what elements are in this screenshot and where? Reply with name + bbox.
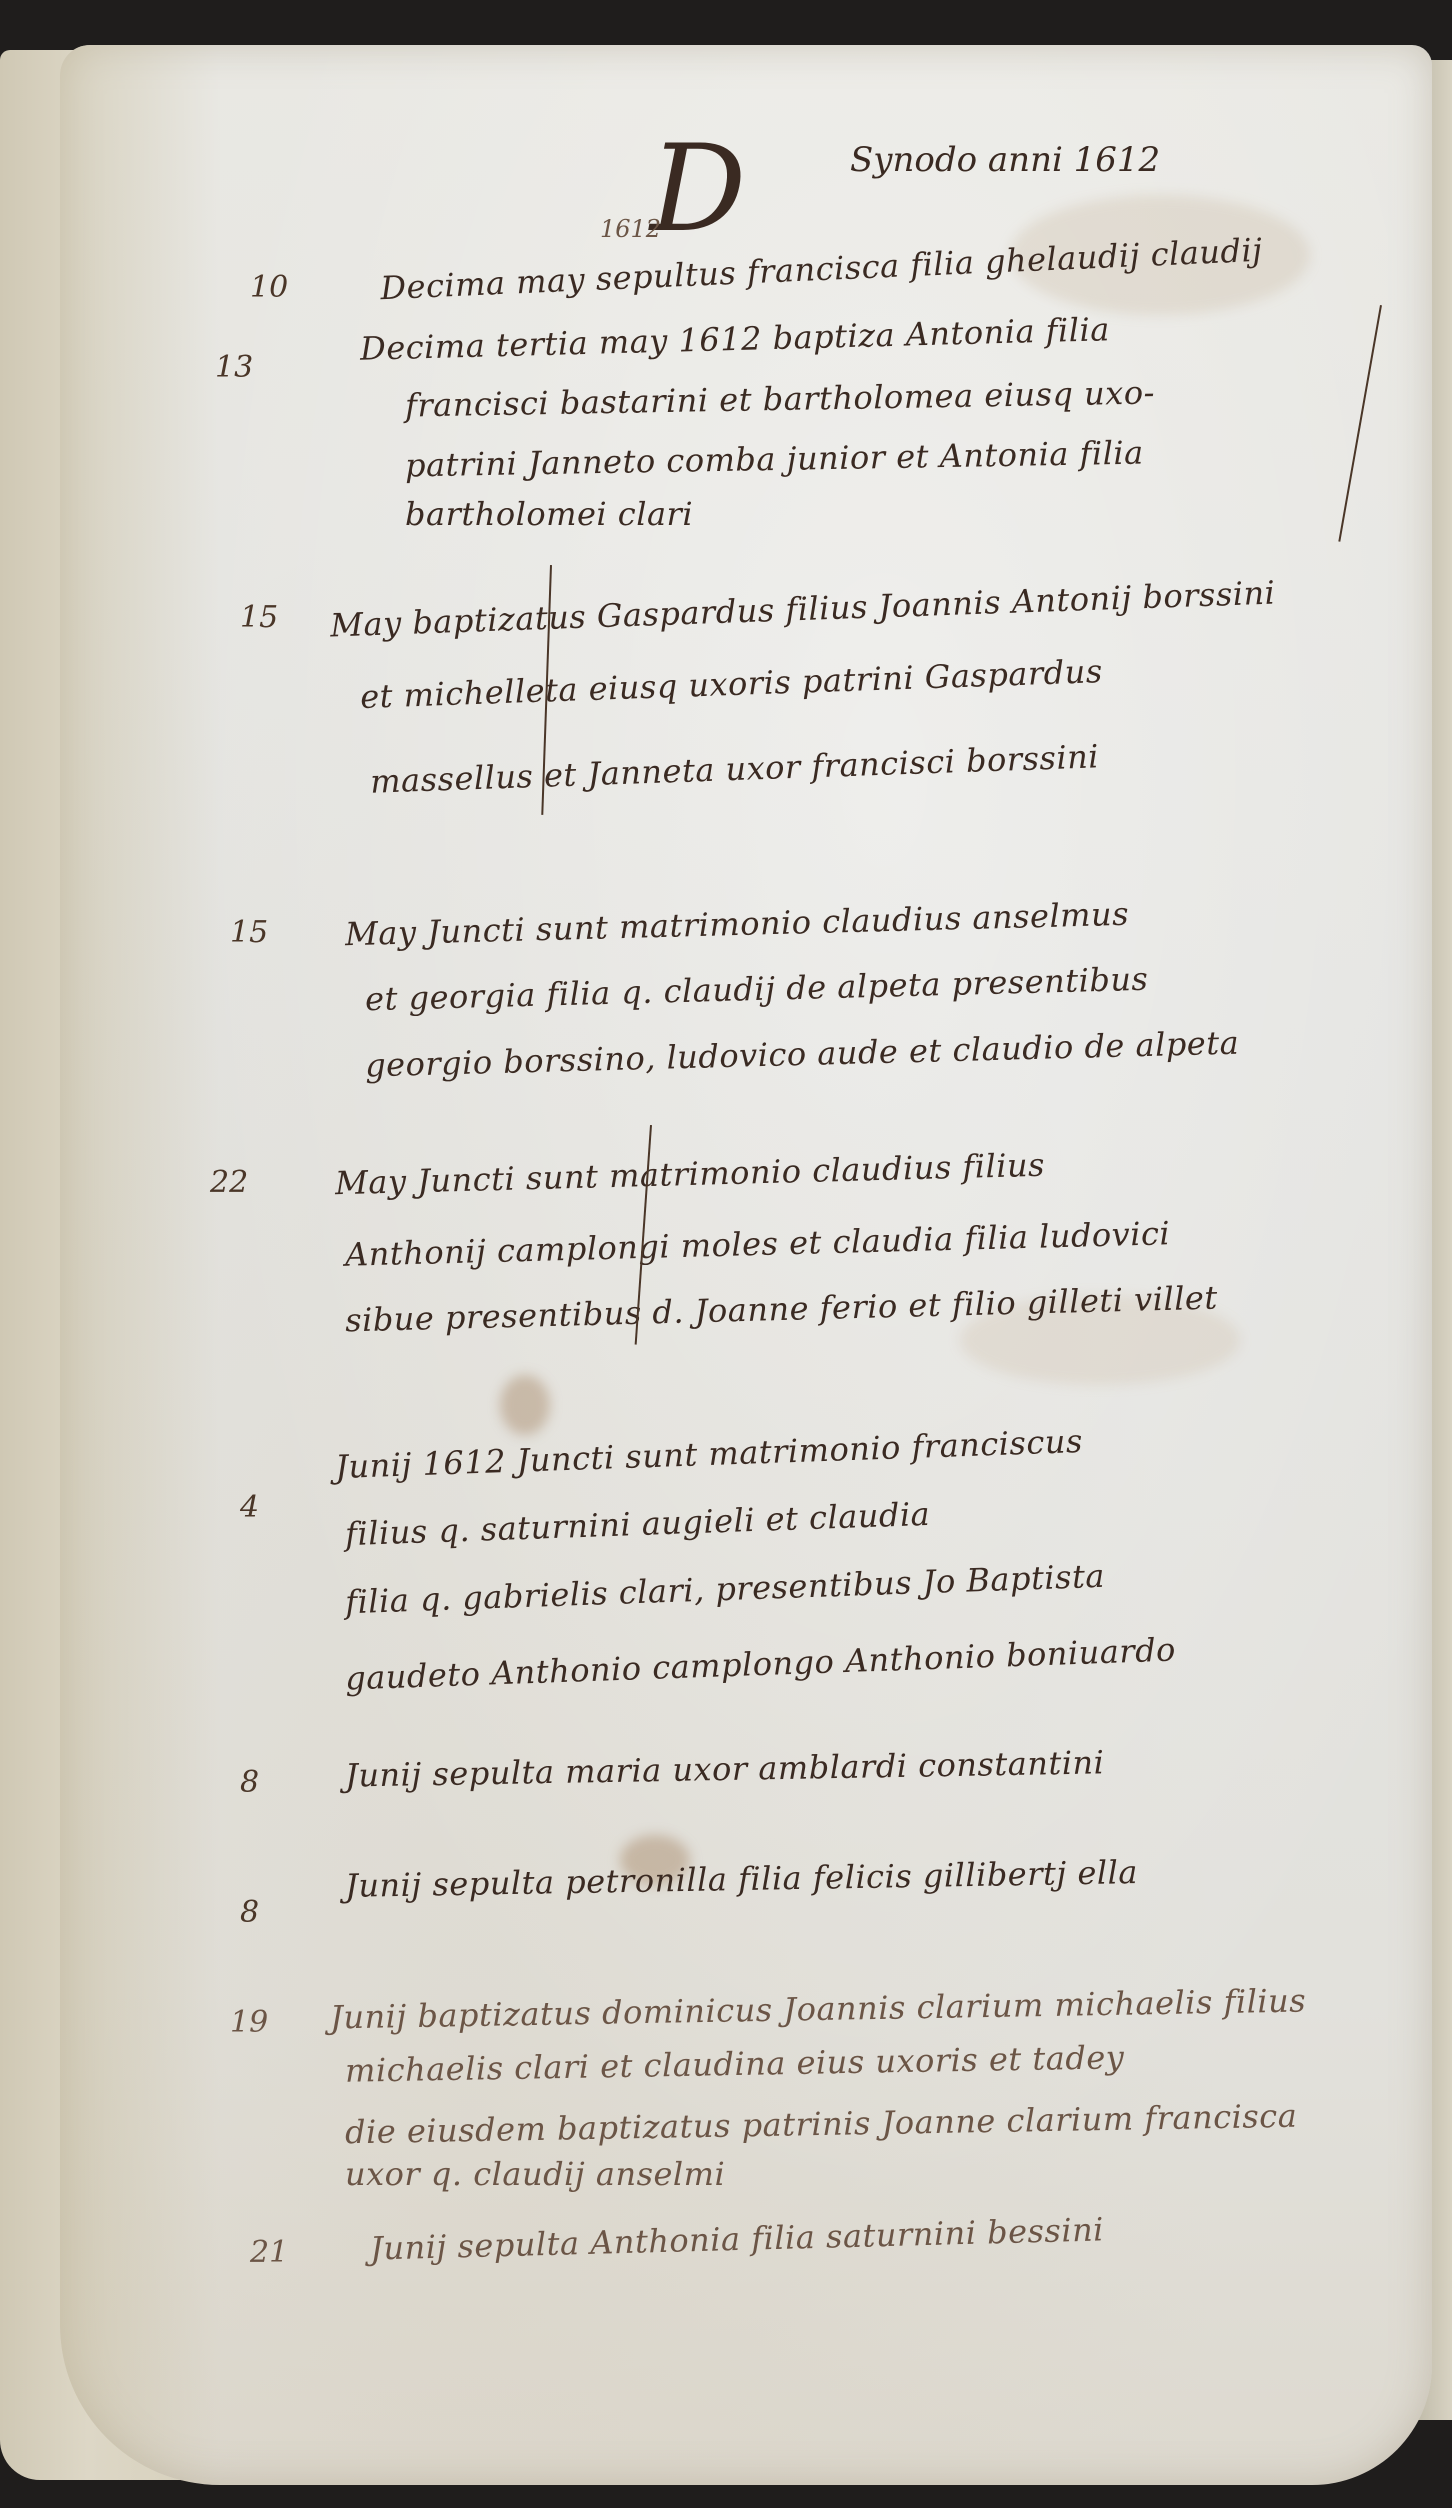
entry-line: die eiusdem baptizatus patrinis Joanne c… — [345, 2097, 1298, 2152]
heading-year-note: 1612 — [600, 215, 661, 243]
margin-day-number: 22 — [210, 1165, 248, 1200]
entry-line: Junij sepulta Anthonia filia saturnini b… — [370, 2210, 1105, 2267]
entry-line: georgio borssino, ludovico aude et claud… — [365, 1024, 1240, 1085]
page-fold-shadow — [60, 45, 220, 2485]
entry-line: filia q. gabrielis clari, presentibus Jo… — [345, 1557, 1106, 1622]
entry-line: gaudeto Anthonio camplongo Anthonio boni… — [345, 1631, 1177, 1698]
manuscript-page: D Synodo anni 1612 1612 10 Decima may se… — [60, 45, 1432, 2485]
initial-d-flourish: D — [650, 130, 746, 250]
entry-line: patrini Janneto comba junior et Antonia … — [405, 434, 1144, 485]
entry-line: Anthonij camplongi moles et claudia fili… — [345, 1214, 1171, 1274]
entry-line: et georgia filia q. claudij de alpeta pr… — [365, 960, 1149, 1018]
entry-line: et michelleta eiusq uxoris patrini Gaspa… — [360, 652, 1104, 716]
pen-stroke — [1338, 305, 1382, 542]
ink-stain — [500, 1375, 550, 1435]
entry-line: May Juncti sunt matrimonio claudius fili… — [335, 1146, 1046, 1203]
entry-line: Decima tertia may 1612 baptiza Antonia f… — [360, 310, 1111, 368]
entry-line: May baptizatus Gaspardus filius Joannis … — [330, 574, 1276, 645]
entry-line: May Juncti sunt matrimonio claudius anse… — [345, 895, 1130, 954]
margin-day-number: 8 — [240, 1765, 259, 1800]
entry-line: Junij sepulta petronilla filia felicis g… — [345, 1853, 1138, 1905]
entry-line: massellus et Janneta uxor francisci bors… — [370, 737, 1100, 800]
entry-line: francisci bastarini et bartholomea eiusq… — [405, 373, 1155, 424]
margin-day-number: 10 — [250, 270, 288, 305]
page-heading: Synodo anni 1612 — [850, 140, 1160, 180]
entry-line: filius q. saturnini augieli et claudia — [345, 1495, 931, 1553]
entry-line: michaelis clari et claudina eius uxoris … — [345, 2038, 1125, 2090]
margin-day-number: 4 — [240, 1490, 259, 1525]
margin-day-number: 8 — [240, 1895, 259, 1930]
margin-day-number: 15 — [230, 915, 268, 950]
entry-line: Junij sepulta maria uxor amblardi consta… — [345, 1743, 1105, 1794]
margin-day-number: 13 — [215, 350, 253, 385]
entry-line: Junij 1612 Juncti sunt matrimonio franci… — [335, 1422, 1084, 1486]
margin-day-number: 21 — [250, 2235, 288, 2270]
entry-line: uxor q. claudij anselmi — [345, 2155, 725, 2193]
entry-line: bartholomei clari — [405, 495, 693, 533]
margin-day-number: 15 — [240, 600, 278, 635]
entry-line: Junij baptizatus dominicus Joannis clari… — [330, 1981, 1307, 2036]
margin-day-number: 19 — [230, 2005, 268, 2040]
